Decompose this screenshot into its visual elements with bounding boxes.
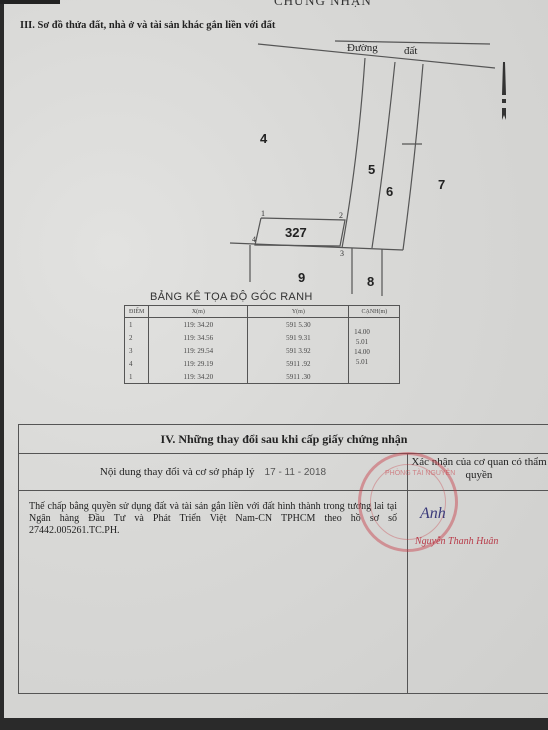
signer-name: Nguyễn Thanh Huân: [415, 536, 498, 547]
corner-point-2: 2: [339, 211, 343, 220]
edge-4-1: 5.01: [344, 357, 380, 367]
section4-subheader: Nội dung thay đổi và cơ sở pháp lý17 - 1…: [19, 454, 548, 491]
edge-3-4: 14.00: [344, 347, 380, 357]
stamp-text: PHÒNG TÀI NGUYÊN: [385, 470, 455, 477]
photo-edge-bottom: [0, 718, 548, 730]
north-arrow-icon: [502, 62, 506, 120]
header-diem: ĐIỂM: [125, 306, 149, 318]
parcel-5: 5: [368, 162, 375, 177]
section4-box: IV. Những thay đổi sau khi cấp giấy chứn…: [18, 424, 548, 694]
edge-lengths: 14.00 5.01 14.00 5.01: [344, 327, 380, 367]
corner-point-1: 1: [261, 209, 265, 218]
corner-point-4: 4: [252, 235, 256, 244]
coordinate-table-title: BẢNG KÊ TỌA ĐỘ GÓC RANH: [150, 291, 313, 303]
header-y: Y(m): [248, 306, 349, 318]
road-label-2: đất: [404, 45, 417, 57]
section4-title: IV. Những thay đổi sau khi cấp giấy chứn…: [19, 425, 548, 454]
parcel-9: 9: [298, 270, 305, 285]
edge-1-2: 14.00: [344, 327, 380, 337]
header-canh: CẠNH(m): [349, 306, 400, 318]
table-row: 1119: 34.205911 .30: [125, 370, 400, 384]
parcel-7: 7: [438, 177, 445, 192]
table-header-row: ĐIỂM X(m) Y(m) CẠNH(m): [125, 306, 400, 318]
signature: Anh: [420, 505, 446, 523]
parcel-4: 4: [260, 131, 267, 146]
change-date: 17 - 11 - 2018: [265, 467, 327, 478]
corner-point-3: 3: [340, 249, 344, 258]
parcel-327: 327: [285, 225, 307, 240]
edge-2-3: 5.01: [344, 337, 380, 347]
change-content-header: Nội dung thay đổi và cơ sở pháp lý17 - 1…: [19, 454, 407, 490]
change-content-text: Thế chấp bằng quyền sử dụng đất và tài s…: [29, 501, 397, 537]
header-x: X(m): [149, 306, 248, 318]
parcel-8: 8: [367, 274, 374, 289]
road-label: Đường: [347, 42, 378, 54]
land-parcel-map: [0, 0, 548, 300]
parcel-6: 6: [386, 184, 393, 199]
